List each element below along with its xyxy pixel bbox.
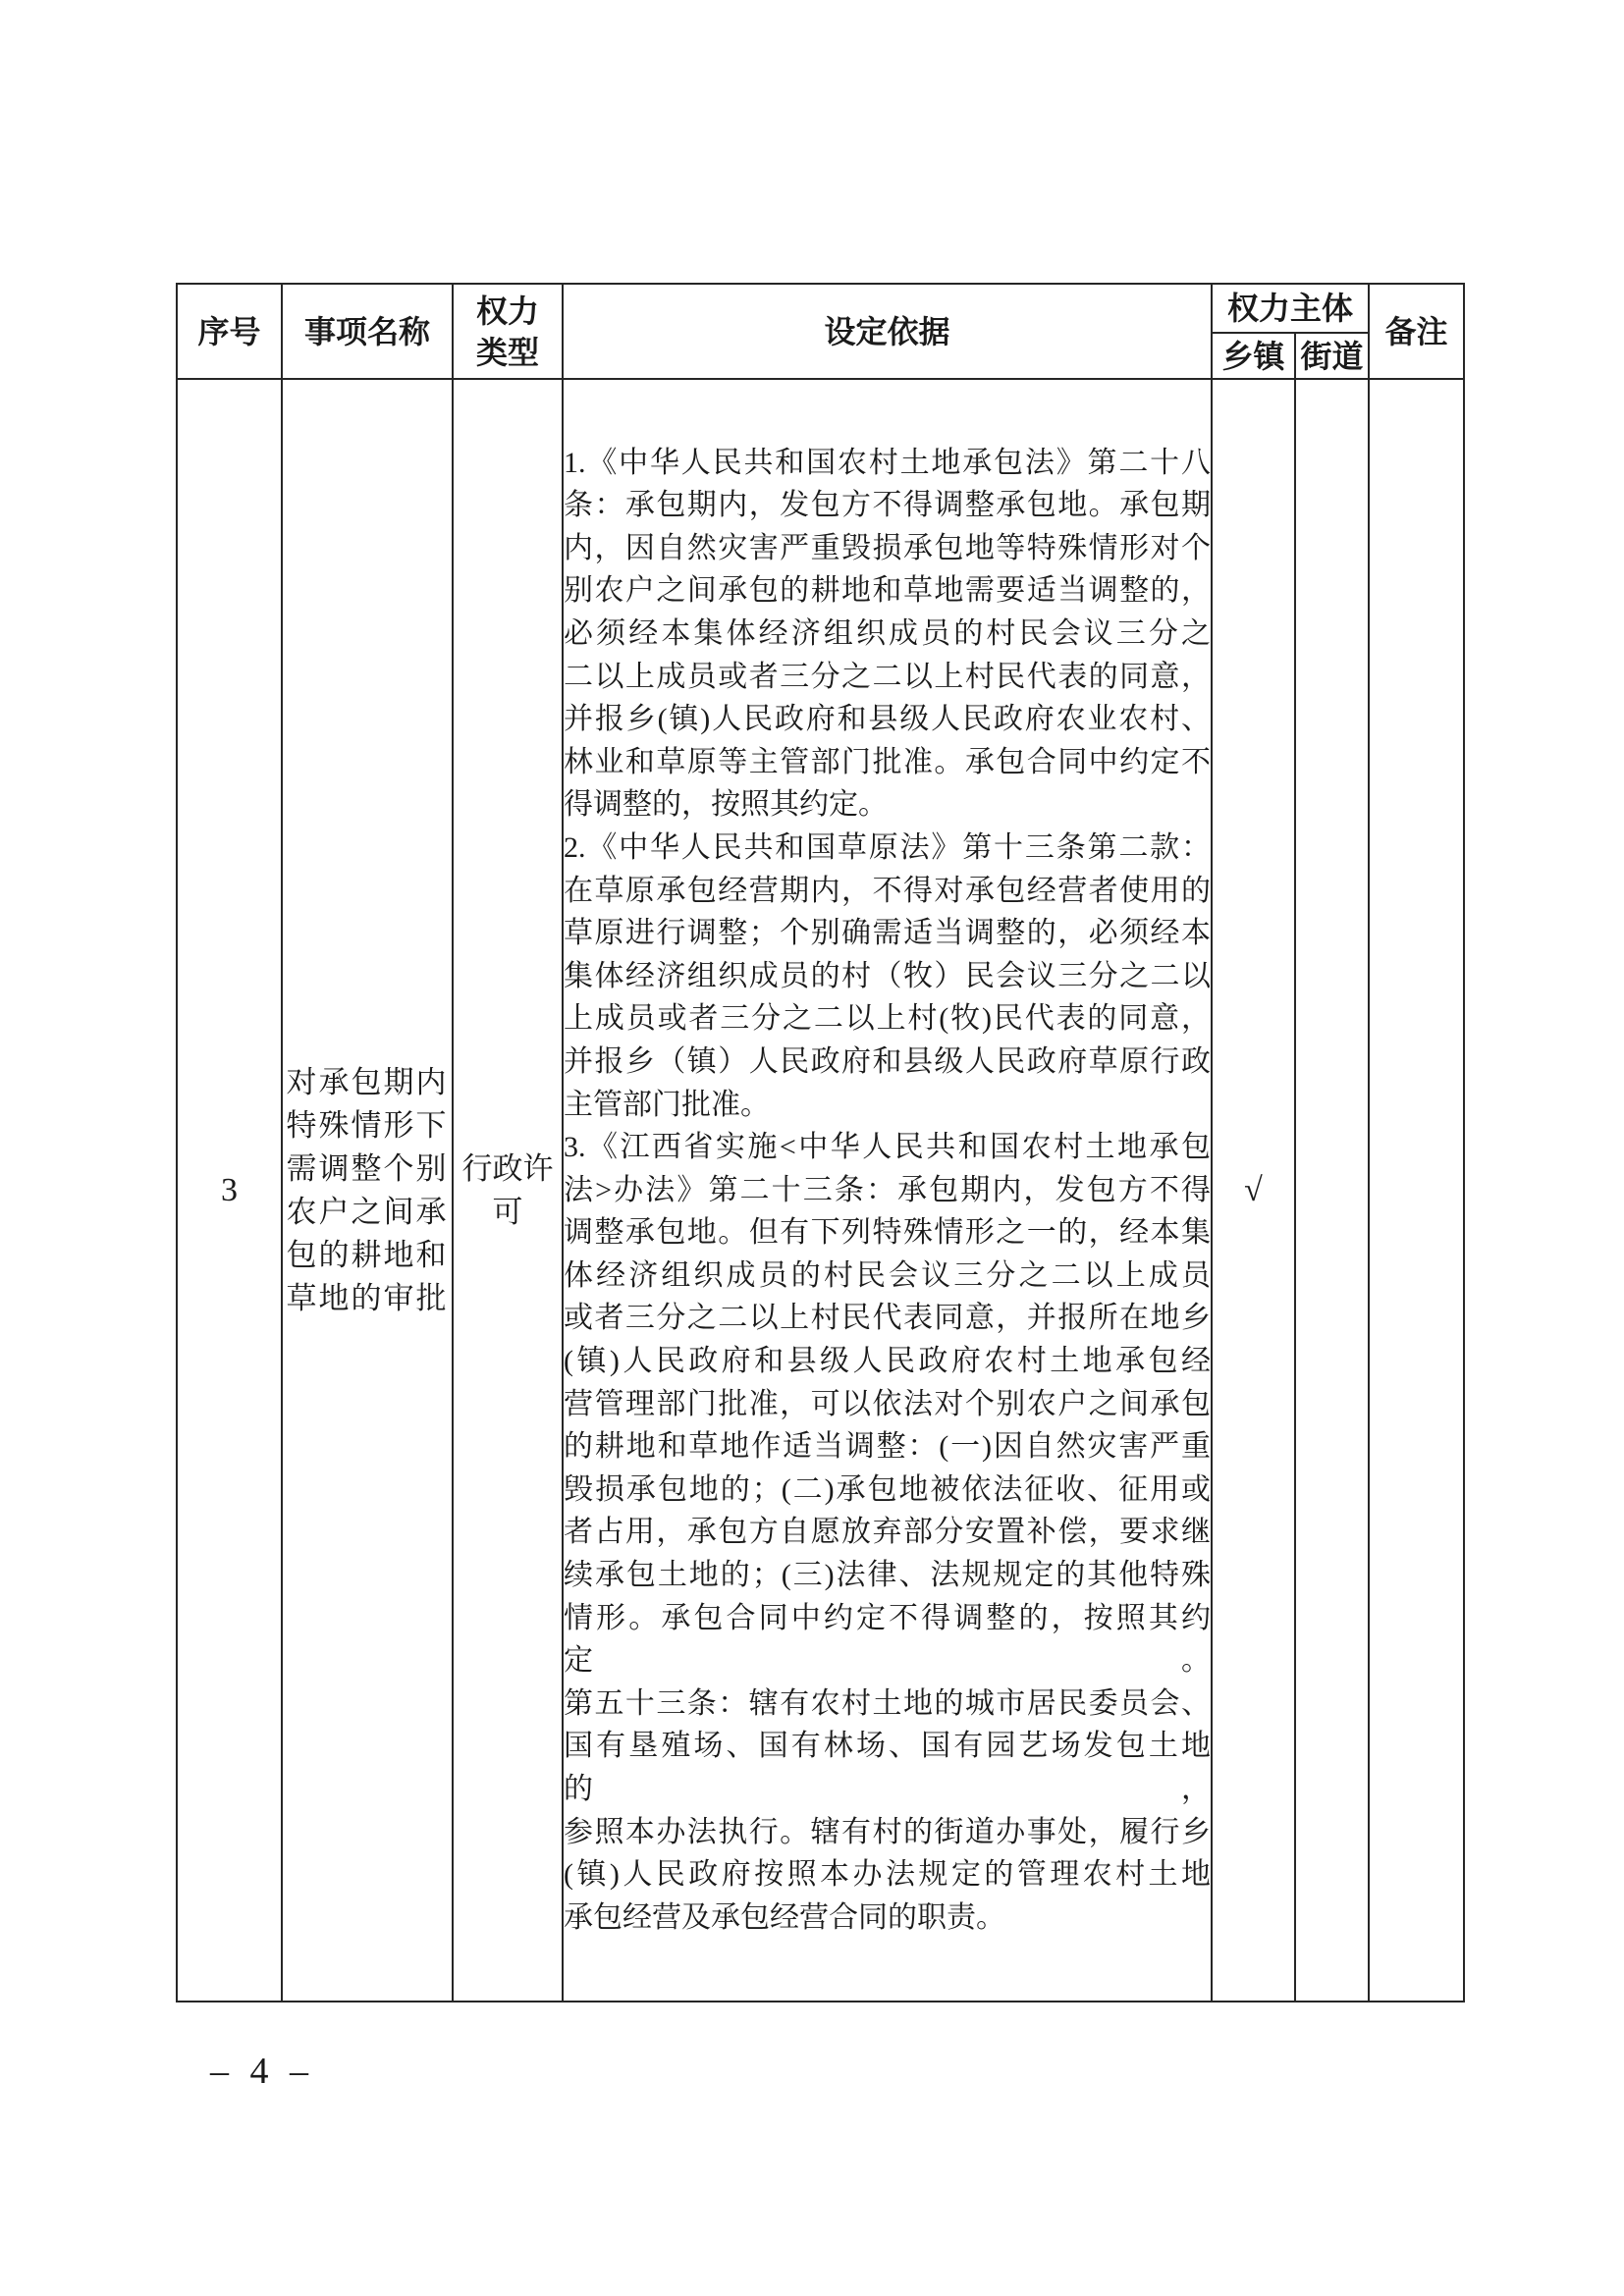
basis-text: 1.《中华人民共和国农村土地承包法》第二十八条：承包期内，发包方不得调整承包地。…: [564, 442, 1211, 1940]
header-power-type-label: 权力类型: [454, 291, 562, 373]
table-row: 3 对承包期内特殊情形下需调整个别农户之间承包的耕地和草地的审批 行政许可 1.…: [177, 379, 1464, 2002]
township-checkmark: √: [1244, 1172, 1263, 1208]
header-cell-basis: 设定依据: [563, 284, 1212, 379]
serial-number-value: 3: [221, 1172, 238, 1208]
header-basis-label: 设定依据: [824, 314, 949, 349]
header-serial-label: 序号: [197, 314, 260, 349]
document-page: 序号 事项名称 权力类型 设定依据 权力主体 备注: [0, 0, 1624, 2296]
cell-basis-text: 1.《中华人民共和国农村土地承包法》第二十八条：承包期内，发包方不得调整承包地。…: [563, 379, 1212, 2002]
header-cell-item-name: 事项名称: [282, 284, 453, 379]
header-cell-township: 乡镇: [1212, 333, 1295, 379]
power-list-table: 序号 事项名称 权力类型 设定依据 权力主体 备注: [176, 283, 1465, 2002]
cell-power-type: 行政许可: [453, 379, 563, 2002]
header-item-name-label: 事项名称: [304, 314, 430, 349]
header-cell-serial: 序号: [177, 284, 282, 379]
header-cell-remarks: 备注: [1369, 284, 1464, 379]
cell-item-name: 对承包期内特殊情形下需调整个别农户之间承包的耕地和草地的审批: [282, 379, 453, 2002]
cell-street-mark: [1295, 379, 1369, 2002]
header-street-label: 街道: [1301, 339, 1364, 374]
item-name-text: 对承包期内特殊情形下需调整个别农户之间承包的耕地和草地的审批: [283, 1061, 452, 1320]
header-power-subject-label: 权力主体: [1227, 291, 1353, 326]
header-cell-power-type: 权力类型: [453, 284, 563, 379]
power-type-text: 行政许可: [454, 1148, 562, 1234]
header-cell-street: 街道: [1295, 333, 1369, 379]
header-remarks-label: 备注: [1385, 314, 1448, 349]
cell-remarks-value: [1369, 379, 1464, 2002]
header-township-label: 乡镇: [1221, 339, 1284, 374]
header-cell-power-subject: 权力主体: [1212, 284, 1369, 333]
page-number: – 4 –: [210, 2050, 314, 2093]
cell-serial-number: 3: [177, 379, 282, 2002]
cell-township-mark: √: [1212, 379, 1295, 2002]
